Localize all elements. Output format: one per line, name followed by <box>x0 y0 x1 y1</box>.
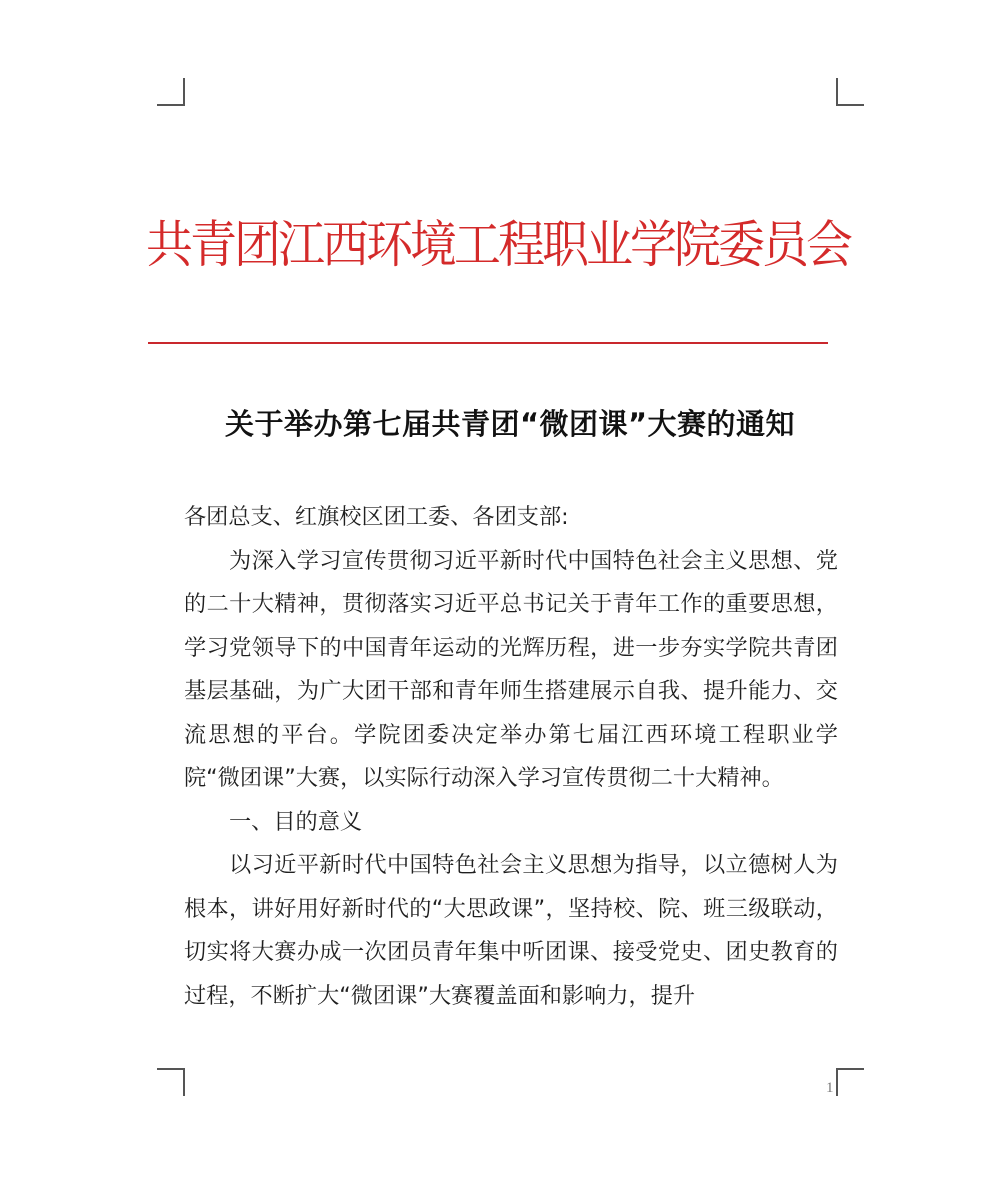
crop-mark-bottom-left <box>157 1068 185 1096</box>
crop-mark-top-right <box>836 78 864 106</box>
organization-header: 共青团江西环境工程职业学院委员会 <box>146 209 836 282</box>
red-divider <box>148 342 828 344</box>
section-heading: 一、目的意义 <box>184 801 838 845</box>
paragraph-purpose: 以习近平新时代中国特色社会主义思想为指导，以立德树人为根本，讲好用好新时代的“大… <box>184 844 838 1018</box>
crop-mark-top-left <box>157 78 185 106</box>
document-title: 关于举办第七届共青团“微团课”大赛的通知 <box>180 402 840 443</box>
page-number: 1 <box>826 1080 834 1097</box>
paragraph-intro: 为深入学习宣传贯彻习近平新时代中国特色社会主义思想、党的二十大精神，贯彻落实习近… <box>184 540 838 801</box>
addressee: 各团总支、红旗校区团工委、各团支部: <box>184 496 838 540</box>
document-body: 各团总支、红旗校区团工委、各团支部: 为深入学习宣传贯彻习近平新时代中国特色社会… <box>184 496 838 1018</box>
crop-mark-bottom-right <box>836 1068 864 1096</box>
